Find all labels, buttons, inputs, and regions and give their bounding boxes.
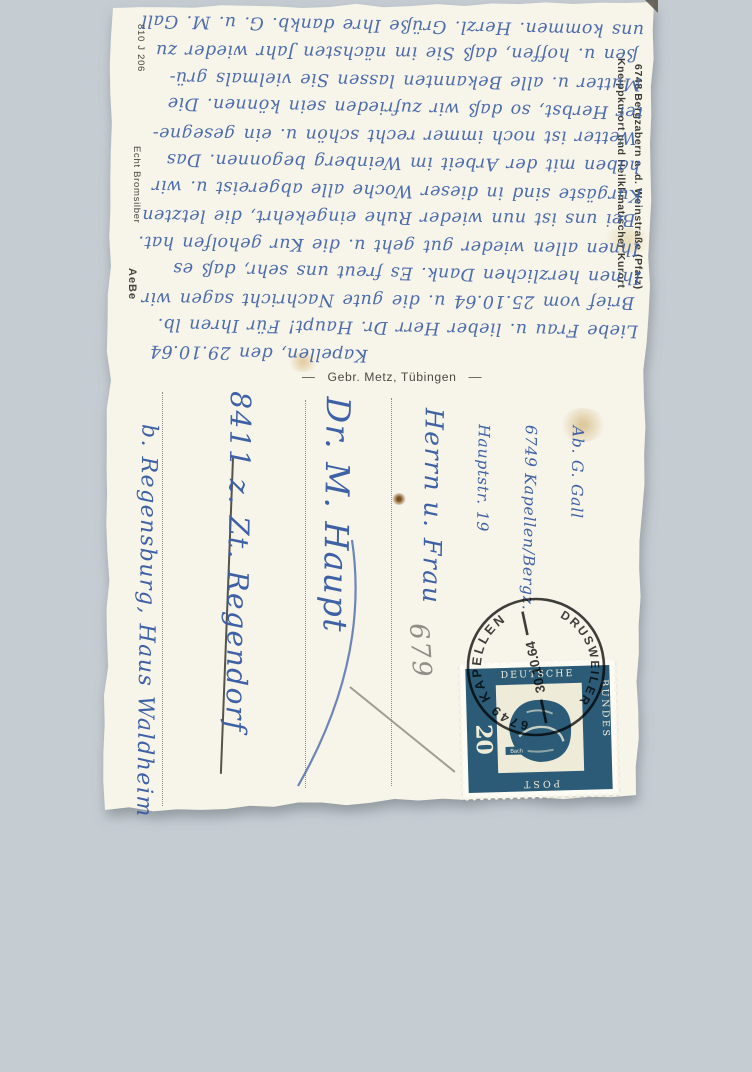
address-line: Dr. M. Haupt <box>313 392 358 817</box>
address-line: 8411 z. Zt. Regendorf <box>218 391 257 815</box>
handwritten-message: Kapellen, den 29.10.64 Liebe Frau u. lie… <box>109 0 642 372</box>
publisher-name: Gebr. Metz, Tübingen <box>328 370 457 384</box>
recipient-address: Herrn u. Frau Dr. M. Haupt 8411 z. Zt. R… <box>131 390 449 818</box>
publisher-imprint: — Gebr. Metz, Tübingen — <box>262 369 522 384</box>
postmark-bar <box>540 699 548 723</box>
stamp-country-bottom: POST <box>496 777 584 790</box>
divider-dash-right: — <box>468 369 482 384</box>
postmark: 6749 KAPELLEN DRUSWEILER 30.10.64 <box>441 572 631 762</box>
postmark-date: 30.10.64 <box>523 639 549 694</box>
scanned-postcard-back: Kneippkurort und Heilklimatischer Kurort… <box>0 0 752 1072</box>
postmark-bar <box>521 611 529 635</box>
pencil-number: 679 <box>403 622 437 680</box>
address-line: b. Regensburg, Haus Waldheim <box>131 390 162 814</box>
divider-dash-left: — <box>302 369 316 384</box>
